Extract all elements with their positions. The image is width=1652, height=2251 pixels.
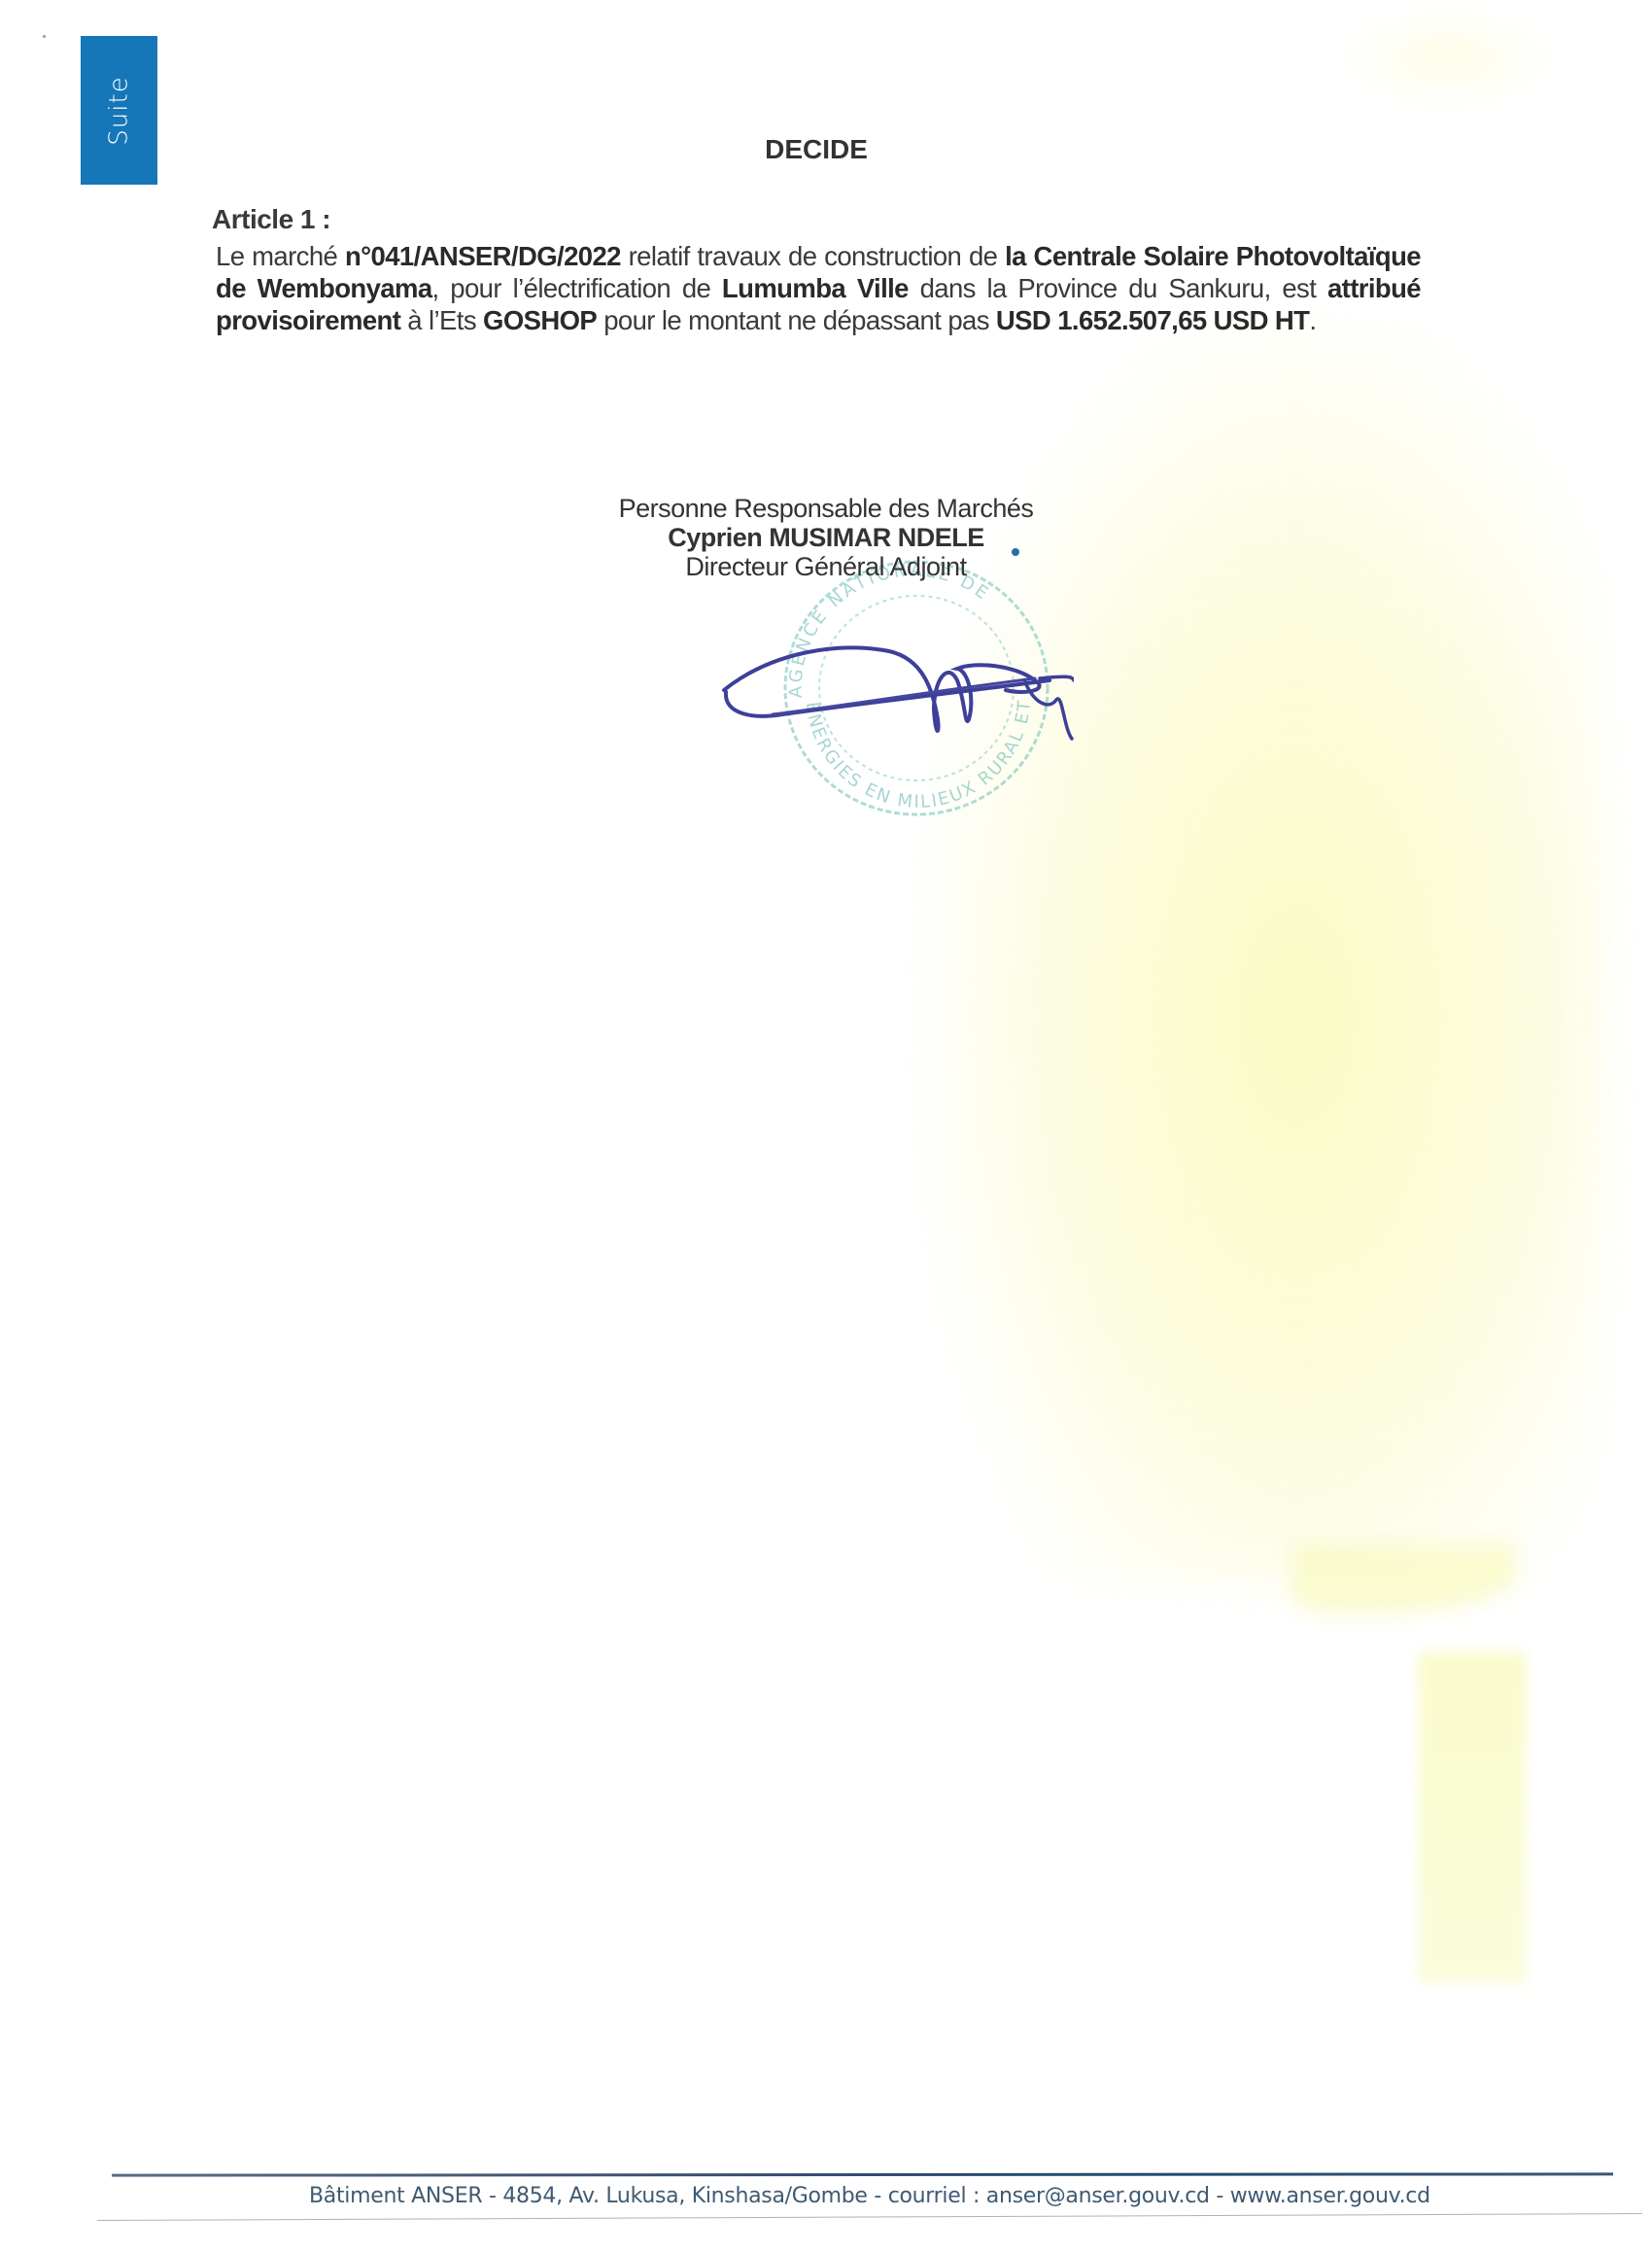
scan-tint <box>1292 1545 1516 1613</box>
article-body: Le marché n°041/ANSER/DG/2022 relatif tr… <box>216 240 1421 336</box>
contract-number: n°041/ANSER/DG/2022 <box>345 241 621 271</box>
scan-tint <box>1419 1652 1526 1983</box>
scan-speck <box>43 35 46 38</box>
article-text: . <box>1309 305 1316 335</box>
contract-amount: USD 1.652.507,65 USD HT <box>996 305 1309 335</box>
handwritten-signature <box>714 622 1074 768</box>
document-title: DECIDE <box>0 134 1652 165</box>
signatory-position: Directeur Général Adjoint <box>544 552 1108 581</box>
article-text: à l’Ets <box>400 305 483 335</box>
article-text: relatif travaux de construction de <box>621 241 1005 271</box>
article-text: dans la Province du Sankuru, est <box>909 273 1327 303</box>
article-text: Le marché <box>216 241 345 271</box>
contractor-name: GOSHOP <box>483 305 597 335</box>
footer-divider <box>112 2172 1613 2176</box>
signatory-name: Cyprien MUSIMAR NDELE <box>544 523 1108 552</box>
article-text: , pour l’électrification de <box>432 273 722 303</box>
location-name: Lumumba Ville <box>722 273 909 303</box>
article-heading: Article 1 : <box>212 204 330 235</box>
paper-edge <box>97 2213 1642 2221</box>
footer-address: Bâtiment ANSER - 4854, Av. Lukusa, Kinsh… <box>309 2184 1430 2208</box>
signatory-role: Personne Responsable des Marchés <box>544 494 1108 523</box>
document-title-text: DECIDE <box>765 134 868 165</box>
signature-block: Personne Responsable des Marchés Cyprien… <box>544 494 1108 581</box>
article-text: pour le montant ne dépassant pas <box>597 305 996 335</box>
scan-tint <box>1341 19 1555 97</box>
